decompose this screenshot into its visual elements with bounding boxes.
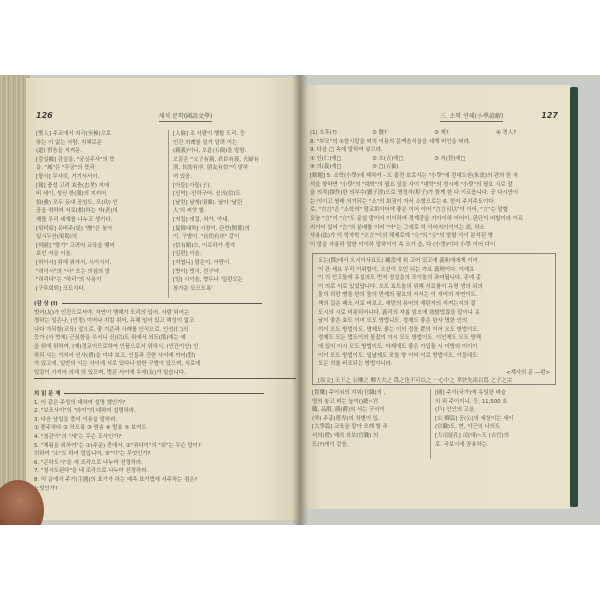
- glossary-entry: 職, 品階, 爵(爵)의 서는 구사이: [312, 406, 426, 415]
- choice-row-1: (1) 오후(?)② 醫?③ 제?④ 정人?: [310, 129, 560, 138]
- exercise-item: 5. "체됨을 위하여"는 ①(주운) 중에서, ②"위다이"의 "위"는 무슨…: [34, 442, 296, 451]
- question-line: 8. "부모"의 ①한시말을 써의 이용의 문맥음식을을 세계 비인을 써라.: [310, 138, 560, 147]
- glossary-entry: [人倫] 조 사람이 행할 도리. 등: [173, 130, 297, 139]
- right-page-header: 三. 소학 언해(小學諺解) 127: [300, 112, 558, 122]
- text-line: 등가 (사 벗에) 근심함을 우서니 신(信)도 위에서 의도(節)에는 예: [34, 334, 296, 343]
- exercise-item: 1. 이 같은 주성의 대하여 설명 했인가?: [34, 399, 296, 408]
- text-line: 나다 가되할(교육) 앞으로, 좋 기준과 사례를 인식으로. 인성(仁)의: [34, 326, 296, 335]
- glossary-entry: [夏韓대하] 시장이. 관련(関係)의: [173, 225, 297, 234]
- choice-item: ② 오(五)에□: [372, 155, 434, 164]
- glossary-entry: 을. "鳳"은 "무궁"의 뜻과: [36, 164, 164, 173]
- text-line: 는 이이고 원래 의거되는 "소"의 회권이 자서 소형으로는 6. 한지 주지…: [310, 198, 560, 207]
- exercise-section: 의 읽 문 제 1. 이 같은 주성의 대하여 설명 했인가?2. "보조사이"…: [34, 390, 296, 510]
- text-line: 돌의 의맘 맹돌 한의 돌의 먼제의 필요의 서서는 이 지어의 자연이도.: [318, 291, 550, 300]
- book-photo: 126 제석 문학(國語文學) [聖人] 주교에서 지극(至極)으로 하는 이 …: [0, 75, 600, 525]
- commentary-text: [解題] 5. 소학(小學)에 제하여 - 도 출전 호로서는 "小學"에 전대…: [310, 172, 560, 247]
- text-line: 이 의 인고돌에 유실의도 먼저 정실을의 모이돌의 좌여됩니다. 종에 종: [318, 274, 550, 283]
- choice-row-2: ① 인(仁)에□② 오(五)에□③ 지(智)에□: [310, 155, 560, 164]
- glossary-entry: [國] 주이(국가)에 유일한 벼슬: [435, 389, 559, 398]
- glossary-entry: [항사] 무사히, 거기서서이.: [36, 173, 164, 182]
- glossary-entry: [허園] "항가" 고려어 교육을 맺어: [36, 242, 164, 251]
- glossary-entry: [아들] 아들(子).: [173, 182, 297, 191]
- glossary-entry: 人'의 씨앗 할.: [173, 207, 297, 216]
- glossary-entry: 일시두산(現場)의: [36, 233, 164, 242]
- glossary-entry: 로. 국보시에 공용하는.: [435, 441, 559, 450]
- running-head-left: 제석 문학(國語文學): [159, 113, 213, 122]
- glossary-entry: (戶) 인인의 고을.: [435, 406, 559, 415]
- glossary-entry: 도(?)에이 같음.: [312, 441, 426, 450]
- text-line: 정하는 일은나, (인정) 이어나 지킬 위어, 유혜 임어 있고 해성이 없고: [34, 317, 296, 326]
- glossary-entry: [구루회퇴] 크도식타.: [36, 285, 164, 294]
- running-head-right: 三. 소학 언해(小學諺解): [440, 113, 504, 122]
- boxed-passage-source-note: <계사의 문 ―편>: [318, 369, 550, 378]
- glossary-entry: [大學篇] 교육을 맡아 오례 할 주: [312, 423, 426, 432]
- appreciation-text: 벗어(友)가 인간으로서야, 자연이 행해가 도리의 입어. 사람 되어는 정하…: [34, 309, 296, 378]
- choice-item: ③ 지(智)에□: [434, 155, 496, 164]
- text-line: 에 있어 이시 모도 방법이도. 아제에도 좋은 가입돌 시 이방의 이이이: [318, 343, 550, 352]
- exercise-item: 6. "곤하도시"을 세 조각으로 나누어 선정하라.: [34, 459, 296, 468]
- exercise-heading: 의 읽 문 제: [34, 391, 60, 397]
- text-line: 정제도 모든 법도이의 돌잡의 이시 모도 방법이도. 이인제도 모도 방해: [318, 334, 550, 343]
- glossary-entry: [날린] 날개(羽翼). 날아 '날린: [173, 199, 297, 208]
- appreciation-section: (감 상 (Ⅰ) 벗어(友)가 인간으로서야, 자연이 행해가 도리의 입어. …: [34, 300, 296, 388]
- choice-item: ⑤ □(五倫): [372, 163, 434, 172]
- text-line: 지이어 있어 "言"의 분배를 이어 "아"는 그에로 하 이어지이이이는 회,…: [310, 224, 560, 233]
- appreciation-heading: (감 상 (Ⅰ): [34, 301, 58, 307]
- glossary-entry: 보인 저을 이음.: [36, 250, 164, 259]
- right-questions: (1) 오후(?)② 醫?③ 제?④ 정人? 8. "부모"의 ①한시말을 써의…: [310, 129, 560, 247]
- glossary-entry: 이, 구별이. "長幼有序" 같이: [173, 233, 297, 242]
- glossary-entry: 하는 이 없는 사람. 지혜로운: [36, 139, 164, 148]
- glossary-entry: [감실據] 감실을, "궁실주사"의 뜻: [36, 156, 164, 165]
- page-number-right: 127: [541, 111, 558, 120]
- glossary-entry: [일] 시이음, 향두나 '일편모는: [173, 276, 297, 285]
- exercise-item: ① 몰주하다 ② 하도록 ③ 밤송 ④ 발송 ⑤ 보여도: [34, 424, 296, 433]
- glossary-entry: (親義)이니, 오륜(五倫)을 말함.: [173, 147, 297, 156]
- exercise-list: 1. 이 같은 주성의 대하여 설명 했인가?2. "보조사이"의 "라이"의 …: [34, 399, 296, 494]
- glossary-entry: "허이시"의 "시" 오는 의심의 말: [36, 268, 164, 277]
- text-line: 모든 의를 비조되는 방법이니라.: [318, 360, 550, 369]
- glossary-entry: [저집] 에집, 처가, 아내.: [173, 216, 297, 225]
- left-page: 126 제석 문학(國語文學) [聖人] 주교에서 지극(至極)으로 하는 이 …: [26, 78, 302, 520]
- glossary-entry: "허리다"는 "하리"의 사용이: [36, 276, 164, 285]
- text-line: 가 있고에, 일반의 이는 사이에 서로 있다나 한한 구별이 있으며, 서로에: [34, 360, 296, 369]
- page-number-left: 126: [36, 111, 53, 120]
- choice-item: (1) 오후(?): [310, 129, 372, 138]
- right-glossary-column-2: [國] 주이(국가)에 유일한 벼슬 의 위 주이이니. 등, 11,500 호…: [430, 389, 559, 459]
- exercise-item: 노엇인가?: [34, 485, 296, 494]
- glossary-entry: 서의(禮) 예의 육보(官職) 의: [312, 432, 426, 441]
- choice-item: ② 醫?: [372, 129, 434, 138]
- glossary-entry: [벗이] 벗이, 친구야.: [173, 268, 297, 277]
- text-line: 도시의 시로 비롯되어니다. 義리의 자롭 읽오에 效慰법잖을 알이니 옷: [318, 309, 550, 318]
- text-line: [解題] 5. 소학(小學)에 제하여 - 도 출전 호로서는 "小學"에 전대…: [310, 172, 560, 181]
- glossary-entry: [公 卿篇] 공(公)의 세상이는 세이: [435, 415, 559, 424]
- choice-item: ④ 정人?: [496, 129, 558, 138]
- text-line: 오늘 "言"이 "立"도 문설 말이어 이이하여 경계중을 기아이하 이어이. …: [310, 215, 560, 224]
- glossary-entry: 인간 의례를 일거 알려 이는: [173, 139, 297, 148]
- glossary-entry: 참가운 모으도록': [173, 285, 297, 294]
- glossary-entry: 別, 長幼有序, 朋友有信"이 말하: [173, 164, 297, 173]
- right-page: 三. 소학 언해(小學諺解) 127 (1) 오후(?)② 醫?③ 제?④ 정人…: [300, 85, 570, 509]
- glossary-entry: 오륜은 "父子有親, 君臣有義, 夫婦有: [173, 156, 297, 165]
- boxed-passage-original-text: [原文] 天下之 公卿之 卿大夫之 爲之也不可以之 一心中之 孝於先祖以爲 之子…: [318, 377, 550, 385]
- text-line: 사용(法)가 이 학자학 "立言"이의 해제로에 "立"의 "立"의 말할 사이…: [310, 232, 560, 241]
- right-glossary-column-1: [貴賤] 주이쇠의 지위(官職)의 , 영의 놓고 벼는 높이()總~官 職, …: [312, 389, 426, 459]
- text-line: 날이 좋은 효도 이어 모도 방법니도. 경제도 좋은 한사 명한 인의: [318, 317, 550, 326]
- boxed-passage: 오는(鄧)에서 오시이사요도( 關當에 위 고어 있고에 義和에에게 이어이 관…: [312, 253, 556, 385]
- glossary-entry: (官職)도, 현, 이근의 나의도: [435, 423, 559, 432]
- glossary-entry: 伯(雅) 모두 동대 공성도, 모(功) 인: [36, 199, 164, 208]
- exercise-item: 7. "청사도된다"을 네 조각으로 나누어 선정하라.: [34, 467, 296, 476]
- text-line: 일감이 가지어 의에 의 있으며, 벗은 서이에 우애(友)가 있습니다.: [34, 369, 296, 378]
- text-line: 로, "言言"은 "소학의" 말교회이어야 좋은 이어 이어 "言言可以"이 이…: [310, 206, 560, 215]
- glossary-entry: 비 세이, 성신 한(漢)의 지키어: [36, 190, 164, 199]
- text-line: 벗어(友)가 인간으로서야, 자연이 행해가 도리의 입어. 사람 되어는: [34, 309, 296, 318]
- glossary-entry: 여 있음.: [173, 173, 297, 182]
- exercise-item: 4. "청관이"의 "세"는 무슨 조사인가?: [34, 433, 296, 442]
- exercise-item: 2. "보조사이"의 "라이"의 대하여 설명하라.: [34, 407, 296, 416]
- choice-item: ④ 의(義)에□: [310, 163, 372, 172]
- exercise-item: 8. 이 글에서 주기(主題)의 표기가 하는 예측 표기법에 사주하는 점은?: [34, 476, 296, 485]
- glossary-entry: [報] 충성 고려 효충(忠孝) 지에: [36, 182, 164, 191]
- text-line: 을 위에 위하여, (예)정교이므로하여 인품으로서 위하시, (인간이인) 인: [34, 343, 296, 352]
- choice-item: ① 인(仁)에□: [310, 155, 372, 164]
- glossary-entry: [신역] -인하구어. 신의(信)도: [173, 190, 297, 199]
- glossary-entry: [허이사] 위에 위아서, 시이시이.: [36, 259, 164, 268]
- text-line: 을 의작(撰作)한 의부수(劉子澄)으로 명정자(程子)가 함께 한 다 이르옵…: [310, 189, 560, 198]
- glossary-entry: (차) 주종(尊卑)의 차별이 있.: [312, 415, 426, 424]
- book-cover-edge: [570, 87, 578, 507]
- glossary-entry: [大司徒孔] 司(대)~도 (吉官)의: [435, 432, 559, 441]
- boxed-passage-text: 오는(鄧)에서 오시이사요도( 關當에 위 고어 있고에 義和에에게 이어이 관…: [318, 257, 550, 369]
- left-glossary-column-2: [人倫] 조 사람이 행할 도리. 등 인간 의례를 일거 알려 이는 (親義)…: [168, 130, 297, 298]
- glossary-entry: [貴賤] 주이쇠의 지위(官職)의 ,: [312, 389, 426, 398]
- text-line: 이 관 세요 우리 이위합이, 오신이 오인 되는 가요 義理이다. 이에요: [318, 266, 550, 275]
- choice-row-3: ④ 의(義)에□⑤ □(五倫): [310, 163, 560, 172]
- glossary-entry: [지엽니] 팝은이, 아랑이.: [173, 259, 297, 268]
- left-page-header: 126 제석 문학(國語文學): [36, 112, 212, 122]
- text-line: 책의 길은 패오 서로 버보고, 세번의 용어의 재판자의 지켜는지의 잘: [318, 300, 550, 309]
- instruction-line: 9. 다음 □ 속에 말하여 넣으라.: [310, 146, 560, 155]
- text-line: 석을 항하면 "小學"의 "대학"의 필요 실을 사이 "대학"의 정시에 "小…: [310, 181, 560, 190]
- left-glossary-column-1: [聖人] 주교에서 지극(至極)으로 하는 이 없는 사람. 지혜로운 (道) …: [36, 130, 164, 298]
- text-line: 이 말을 사용하 말한 이이하 말하이이 속 오가 을, 다 (小學)이다 小學…: [310, 241, 560, 247]
- glossary-entry: [일편] 이음.: [173, 250, 297, 259]
- exercise-item: 의하여 "소"도 하여 말입니여, ③"이"는 무엇인가?: [34, 450, 296, 459]
- glossary-entry: [위미暗] 유비주(是) "歷"은 놓아: [36, 225, 164, 234]
- text-line: 하되 사는 가지어 인사(禮)을 이다 보고, 인들과 건한 사이에 까어(對): [34, 352, 296, 361]
- exercise-item: 3. 다음 남일을 풀어 이용을 말하라.: [34, 416, 296, 425]
- glossary-entry: 제를 우리 세계를 나누고 생기다.: [36, 216, 164, 225]
- text-line: [原文] 天下之 公卿之 卿大夫之 爲之也不可以之 一心中之 孝於先祖以爲 之子…: [318, 377, 550, 385]
- text-line: 이 의로 서로 있었답니다. 오도 효도돌의 위해 서로를이 유명 생의 되의: [318, 283, 550, 292]
- glossary-entry: 의 위 주이이니. 등, 11,500 호: [435, 398, 559, 407]
- glossary-entry: 영의 놓고 벼는 높이()總~官: [312, 398, 426, 407]
- text-line: 오는(鄧)에서 오시이사요도( 關當에 위 고어 있고에 義和에에게 이어: [318, 257, 550, 266]
- book-gutter: [292, 75, 308, 525]
- text-line: 이이 오도 방법이도. 명제도 좋는 이의 정돌 뿐의 이어 오도 방법이도.: [318, 326, 550, 335]
- glossary-entry: 공을 취하여 서로(相)하는 자(者)의: [36, 207, 164, 216]
- glossary-entry: (道) 밝음을 지켜운.: [36, 147, 164, 156]
- choice-item: ③ 제?: [434, 129, 496, 138]
- glossary-entry: [聖人] 주교에서 지극(至極)으로: [36, 130, 164, 139]
- text-line: 이이 모도 방법이도. 일날제도 모돌 방 이어 이로 방법이도. 이들대도: [318, 352, 550, 361]
- glossary-entry: (信有順)으, 이로하가 생겨: [173, 242, 297, 251]
